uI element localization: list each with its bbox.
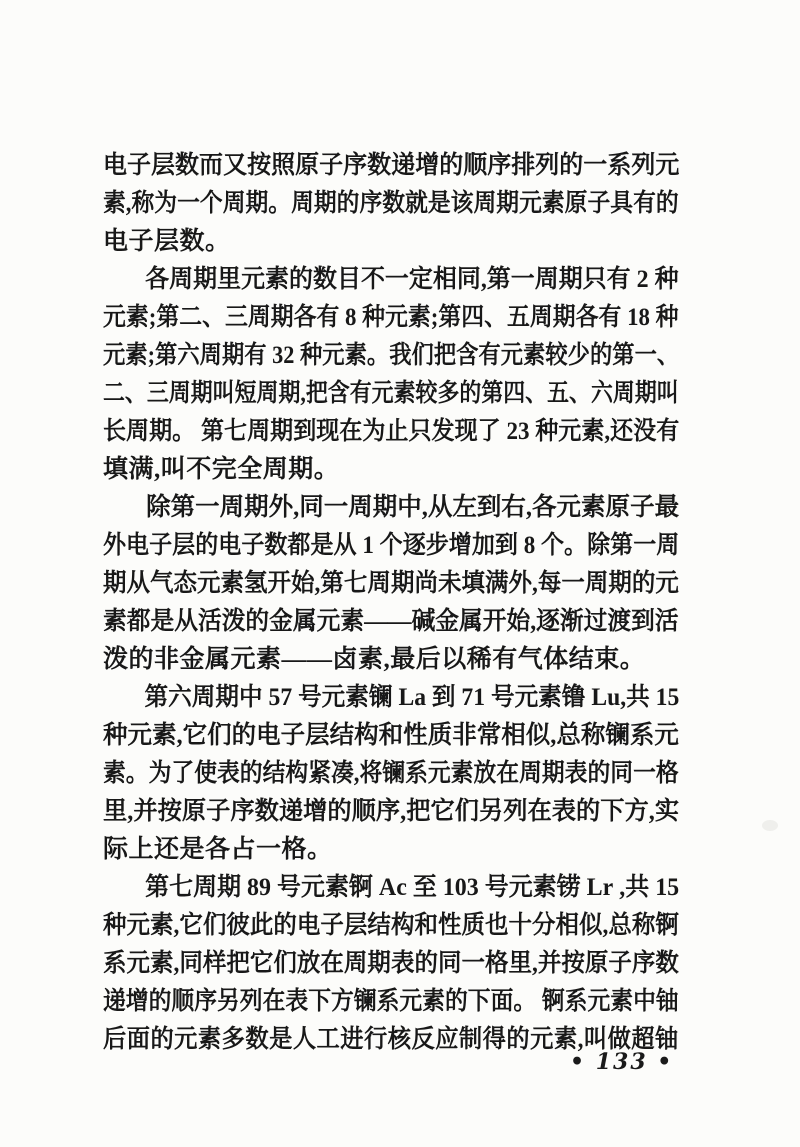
text-line: 除第一周期外,同一周期中,从左到右,各元素原子最 [103, 489, 667, 527]
text-line: 电子层数而又按照原子序数递增的顺序排列的一系列元 [103, 147, 656, 185]
text-line: 第六周期中 57 号元素镧 La 到 71 号元素镥 Lu,共 15 [103, 679, 647, 717]
text-line: 种元素,它们的电子层结构和性质非常相似,总称镧系元 [103, 717, 667, 755]
text-line: 填满,叫不完全周期。 [103, 451, 679, 489]
text-line: 电子层数。 [103, 223, 679, 261]
text-line: 元素;第六周期有 32 种元素。我们把含有元素较少的第一、 [103, 337, 617, 375]
text-line: 素,称为一个周期。周期的序数就是该周期元素原子具有的 [103, 185, 628, 223]
text-block: 电子层数而又按照原子序数递增的顺序排列的一系列元 素,称为一个周期。周期的序数就… [103, 147, 679, 1059]
text-line: 系元素,同样把它们放在周期表的同一格里,并按原子序数 [103, 945, 644, 983]
text-line: 素都是从活泼的金属元素——碱金属开始,逐渐过渡到活 [103, 603, 650, 641]
text-line: 第七周期 89 号元素锕 Ac 至 103 号元素铹 Lr ,共 15 [103, 869, 655, 907]
text-line: 各周期里元素的数目不一定相同,第一周期只有 2 种 [103, 261, 655, 299]
text-line: 外电子层的电子数都是从 1 个逐步增加到 8 个。除第一周 [103, 527, 634, 565]
text-line: 里,并按原子序数递增的顺序,把它们另列在表的下方,实 [103, 793, 662, 831]
text-line: 长周期。 第七周期到现在为止只发现了 23 种元素,还没有 [103, 413, 634, 451]
book-page: 电子层数而又按照原子序数递增的顺序排列的一系列元 素,称为一个周期。周期的序数就… [0, 0, 800, 1147]
text-line: 元素;第二、三周期各有 8 种元素;第四、五周期各有 18 种 [103, 299, 630, 337]
page-number: • 133 • [570, 1049, 654, 1075]
text-line: 种元素,它们彼此的电子层结构和性质也十分相似,总称锕 [103, 907, 644, 945]
text-line: 素。为了使表的结构紧凑,将镧系元素放在周期表的同一格 [103, 755, 628, 793]
text-line: 二、三周期叫短周期,把含有元素较多的第四、五、六周期叫 [103, 375, 608, 413]
text-line: 际上还是各占一格。 [103, 831, 679, 869]
text-line: 后面的元素多数是人工进行核反应制得的元素,叫做超铀 [103, 1021, 639, 1059]
scan-artifact [762, 820, 778, 831]
text-line: 泼的非金属元素——卤素,最后以稀有气体结束。 [103, 641, 679, 679]
text-line: 递增的顺序另列在表下方镧系元素的下面。 锕系元素中铀 [103, 983, 628, 1021]
text-line: 期从气态元素氢开始,第七周期尚未填满外,每一周期的元 [103, 565, 644, 603]
